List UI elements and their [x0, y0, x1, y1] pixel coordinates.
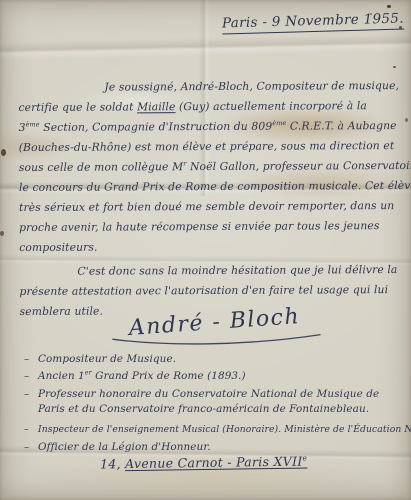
credential-dash: – — [24, 369, 38, 384]
manuscript-line: très sérieux et fort bien doué me semble… — [19, 196, 403, 218]
credential-dash: – — [24, 352, 38, 367]
date-line: Paris - 9 Novembre 1955. — [222, 10, 404, 31]
manuscript-line: (Bouches-du-Rhône) est mon élève et prép… — [19, 136, 403, 158]
ink-speck — [0, 231, 4, 236]
ink-speck — [1, 149, 6, 156]
credential-item: – Professeur honoraire du Conservatoire … — [24, 387, 406, 416]
credential-dash: – — [24, 423, 38, 436]
manuscript-line: Je soussigné, André-Bloch, Compositeur d… — [18, 76, 402, 98]
credential-item: – Officier de la Légion d'Honneur. — [24, 440, 406, 455]
ink-speck — [405, 118, 408, 122]
manuscript-line: compositeurs. — [19, 236, 403, 258]
credential-text: Officier de la Légion d'Honneur. — [38, 440, 406, 455]
credentials-list: – Compositeur de Musique. – Ancien 1er G… — [24, 352, 406, 457]
credential-item: – Inspecteur de l'enseignement Musical (… — [24, 423, 406, 436]
manuscript-line: 3ème Section, Compagnie d'Instruction du… — [19, 116, 403, 138]
manuscript-line: certifie que le soldat Miaille (Guy) act… — [18, 96, 402, 118]
manuscript-line: proche avenir, la haute récompense si en… — [19, 216, 403, 238]
credential-text: Professeur honoraire du Conservatoire Na… — [38, 387, 406, 416]
manuscript-line: sous celle de mon collègue Mr Noël Gallo… — [19, 156, 403, 178]
ink-speck — [393, 66, 396, 68]
credential-item: – Compositeur de Musique. — [24, 352, 406, 367]
date-text: Paris - 9 Novembre 1955. — [222, 10, 404, 34]
credential-item: – Ancien 1er Grand Prix de Rome (1893.) — [24, 369, 406, 384]
letter-paper: Paris - 9 Novembre 1955. Je soussigné, A… — [0, 0, 411, 500]
manuscript-line: C'est donc sans la moindre hésitation qu… — [19, 260, 403, 282]
address-line: 14, Avenue Carnot - Paris XVIIe — [100, 454, 307, 472]
ink-speck — [387, 5, 391, 8]
credential-text: Compositeur de Musique. — [38, 352, 406, 367]
letter-body: Je soussigné, André-Bloch, Compositeur d… — [18, 76, 403, 322]
paper-crease-top — [0, 34, 411, 61]
address-text: 14, Avenue Carnot - Paris XVIIe — [100, 454, 307, 472]
credential-dash: – — [24, 387, 38, 416]
manuscript-line: le concours du Grand Prix de Rome de com… — [19, 176, 403, 198]
manuscript-line: présente attestation avec l'autorisation… — [19, 280, 403, 302]
paragraph-1: Je soussigné, André-Bloch, Compositeur d… — [18, 76, 403, 258]
credential-dash: – — [24, 440, 38, 455]
credential-text: Ancien 1er Grand Prix de Rome (1893.) — [38, 369, 406, 384]
credential-text: Inspecteur de l'enseignement Musical (Ho… — [38, 423, 411, 436]
